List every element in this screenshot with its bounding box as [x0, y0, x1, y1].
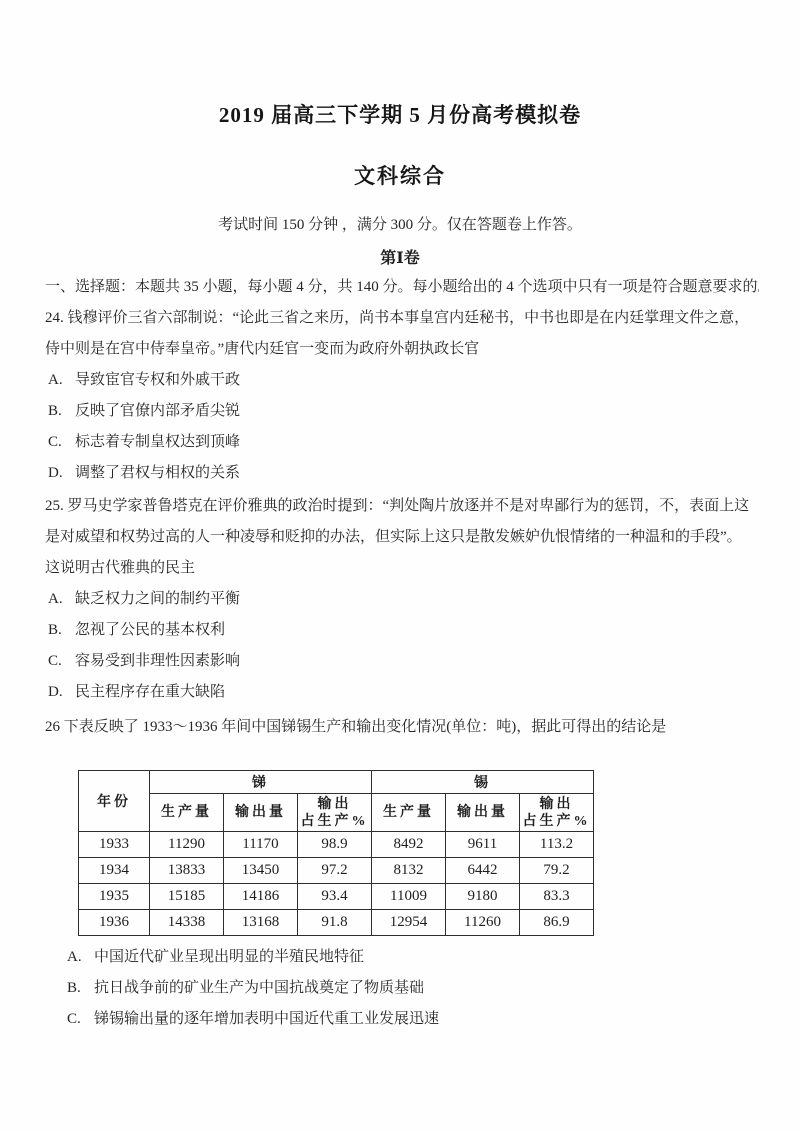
- table-group-header-row: 年份 锑 锡: [79, 771, 594, 794]
- option-text: 民主程序存在重大缺陷: [75, 684, 225, 700]
- table-cell: 8132: [372, 858, 446, 884]
- table-cell: 8492: [372, 832, 446, 858]
- table-cell: 9180: [446, 884, 520, 910]
- option-26-c: C.锑锡输出量的逐年增加表明中国近代重工业发展迅速: [67, 1004, 759, 1035]
- question-25-line-2: 是对威望和权势过高的人一种凌辱和贬抑的办法，但实际上这只是散发嫉妒仇恨情绪的一种…: [45, 522, 759, 553]
- tin-group-header: 锡: [372, 771, 594, 794]
- option-25-a: A.缺乏权力之间的制约平衡: [48, 584, 759, 615]
- option-24-a: A.导致宦官专权和外戚干政: [48, 365, 759, 396]
- table-cell: 15185: [150, 884, 224, 910]
- table-cell: 13833: [150, 858, 224, 884]
- option-label: B.: [48, 615, 75, 646]
- table-cell: 13168: [224, 910, 298, 936]
- production-output-table: 年份 锑 锡 生产量 输出量 输出 占生产% 生产量 输出量 输出 占生产% 1…: [78, 770, 594, 936]
- option-text: 导致宦官专权和外戚干政: [75, 372, 240, 388]
- question-24: 24. 钱穆评价三省六部制说：“论此三省之来历，尚书本事皇宫内廷秘书，中书也即是…: [45, 303, 759, 489]
- question-25-line-1: 25. 罗马史学家普鲁塔克在评价雅典的政治时提到：“判处陶片放逐并不是对卑鄙行为…: [45, 491, 759, 522]
- table-cell: 83.3: [520, 884, 594, 910]
- table-cell: 13450: [224, 858, 298, 884]
- table-cell: 14186: [224, 884, 298, 910]
- exam-info: 考试时间 150 分钟 ，满分 300 分。仅在答题卷上作答。: [0, 213, 800, 234]
- option-label: B.: [48, 396, 75, 427]
- question-26-stem: 26 下表反映了 1933～1936 年间中国锑锡生产和输出变化情况(单位：吨)…: [45, 712, 759, 743]
- option-label: C.: [48, 427, 75, 458]
- table-cell: 113.2: [520, 832, 594, 858]
- option-25-c: C.容易受到非理性因素影响: [48, 646, 759, 677]
- option-label: D.: [48, 458, 75, 489]
- option-text: 标志着专制皇权达到顶峰: [75, 434, 240, 450]
- table-row: 1933 11290 11170 98.9 8492 9611 113.2: [79, 832, 594, 858]
- part-title: 第Ⅰ卷: [0, 245, 800, 268]
- table-cell: 11290: [150, 832, 224, 858]
- antimony-output-header: 输出量: [224, 794, 298, 832]
- exam-subject: 文科综合: [0, 160, 800, 190]
- table-cell: 79.2: [520, 858, 594, 884]
- option-text: 缺乏权力之间的制约平衡: [75, 591, 240, 607]
- exam-paper-page: 2019 届高三下学期 5 月份高考模拟卷 文科综合 考试时间 150 分钟 ，…: [0, 0, 800, 1131]
- table-cell: 1935: [79, 884, 150, 910]
- table-cell: 12954: [372, 910, 446, 936]
- option-24-b: B.反映了官僚内部矛盾尖锐: [48, 396, 759, 427]
- table-cell: 14338: [150, 910, 224, 936]
- table-cell: 1934: [79, 858, 150, 884]
- exam-title: 2019 届高三下学期 5 月份高考模拟卷: [0, 99, 800, 129]
- table-row: 1935 15185 14186 93.4 11009 9180 83.3: [79, 884, 594, 910]
- tin-output-ratio-header: 输出 占生产%: [520, 794, 594, 832]
- question-26: 26 下表反映了 1933～1936 年间中国锑锡生产和输出变化情况(单位：吨)…: [45, 712, 759, 1035]
- tin-output-header: 输出量: [446, 794, 520, 832]
- option-label: A.: [48, 365, 75, 396]
- option-text: 抗日战争前的矿业生产为中国抗战奠定了物质基础: [94, 980, 424, 996]
- question-25-line-3: 这说明古代雅典的民主: [45, 553, 759, 584]
- option-text: 锑锡输出量的逐年增加表明中国近代重工业发展迅速: [94, 1011, 439, 1027]
- table-cell: 1933: [79, 832, 150, 858]
- option-24-d: D.调整了君权与相权的关系: [48, 458, 759, 489]
- option-label: D.: [48, 677, 75, 708]
- exam-body: 一、选择题：本题共 35 小题，每小题 4 分，共 140 分。每小题给出的 4…: [45, 272, 759, 1035]
- question-26-options: A.中国近代矿业呈现出明显的半殖民地特征 B.抗日战争前的矿业生产为中国抗战奠定…: [67, 942, 759, 1035]
- table-cell: 97.2: [298, 858, 372, 884]
- year-column-header: 年份: [79, 771, 150, 832]
- table-cell: 86.9: [520, 910, 594, 936]
- option-text: 忽视了公民的基本权利: [75, 622, 225, 638]
- table-cell: 11170: [224, 832, 298, 858]
- table-cell: 11260: [446, 910, 520, 936]
- option-label: B.: [67, 973, 94, 1004]
- option-24-c: C.标志着专制皇权达到顶峰: [48, 427, 759, 458]
- table-sub-header-row: 生产量 输出量 输出 占生产% 生产量 输出量 输出 占生产%: [79, 794, 594, 832]
- option-label: A.: [48, 584, 75, 615]
- antimony-output-ratio-header: 输出 占生产%: [298, 794, 372, 832]
- table-cell: 1936: [79, 910, 150, 936]
- antimony-group-header: 锑: [150, 771, 372, 794]
- table-cell: 91.8: [298, 910, 372, 936]
- option-text: 反映了官僚内部矛盾尖锐: [75, 403, 240, 419]
- option-label: C.: [48, 646, 75, 677]
- antimony-production-header: 生产量: [150, 794, 224, 832]
- option-label: A.: [67, 942, 94, 973]
- option-25-b: B.忽视了公民的基本权利: [48, 615, 759, 646]
- table-cell: 6442: [446, 858, 520, 884]
- option-26-a: A.中国近代矿业呈现出明显的半殖民地特征: [67, 942, 759, 973]
- option-label: C.: [67, 1004, 94, 1035]
- section-instructions: 一、选择题：本题共 35 小题，每小题 4 分，共 140 分。每小题给出的 4…: [45, 272, 759, 303]
- table-cell: 93.4: [298, 884, 372, 910]
- option-text: 容易受到非理性因素影响: [75, 653, 240, 669]
- table-cell: 11009: [372, 884, 446, 910]
- table-row: 1934 13833 13450 97.2 8132 6442 79.2: [79, 858, 594, 884]
- question-24-line-2: 侍中则是在宫中侍奉皇帝。”唐代内廷官一变而为政府外朝执政长官: [45, 334, 759, 365]
- question-25: 25. 罗马史学家普鲁塔克在评价雅典的政治时提到：“判处陶片放逐并不是对卑鄙行为…: [45, 491, 759, 708]
- option-text: 中国近代矿业呈现出明显的半殖民地特征: [94, 949, 364, 965]
- table-cell: 98.9: [298, 832, 372, 858]
- question-24-options: A.导致宦官专权和外戚干政 B.反映了官僚内部矛盾尖锐 C.标志着专制皇权达到顶…: [48, 365, 759, 489]
- tin-production-header: 生产量: [372, 794, 446, 832]
- option-text: 调整了君权与相权的关系: [75, 465, 240, 481]
- option-26-b: B.抗日战争前的矿业生产为中国抗战奠定了物质基础: [67, 973, 759, 1004]
- question-25-options: A.缺乏权力之间的制约平衡 B.忽视了公民的基本权利 C.容易受到非理性因素影响…: [48, 584, 759, 708]
- question-24-line-1: 24. 钱穆评价三省六部制说：“论此三省之来历，尚书本事皇宫内廷秘书，中书也即是…: [45, 303, 759, 334]
- table-row: 1936 14338 13168 91.8 12954 11260 86.9: [79, 910, 594, 936]
- table-cell: 9611: [446, 832, 520, 858]
- option-25-d: D.民主程序存在重大缺陷: [48, 677, 759, 708]
